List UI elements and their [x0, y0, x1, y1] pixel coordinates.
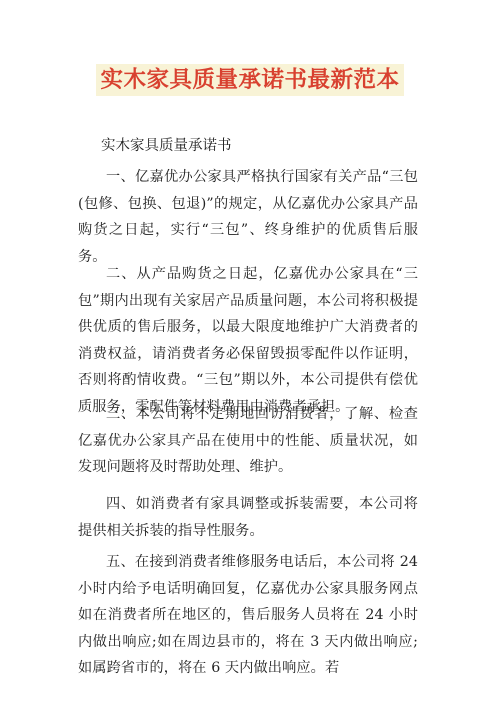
paragraph-3: 三、本公司将不定期地回访消费者，了解、检查亿嘉优办公家具产品在使用中的性能、质量…: [78, 401, 418, 481]
paragraph-4: 四、如消费者有家具调整或拆装需要，本公司将提供相关拆装的指导性服务。: [78, 491, 418, 544]
title-container: 实木家具质量承诺书最新范本: [0, 64, 500, 96]
paragraph-2: 二、从产品购货之日起，亿嘉优办公家具在“三包”期内出现有关家居产品质量问题，本公…: [78, 261, 418, 421]
document-title: 实木家具质量承诺书最新范本: [96, 64, 403, 96]
paragraph-5: 五、在接到消费者维修服务电话后，本公司将 24 小时内给予电话明确回复，亿嘉优办…: [78, 549, 418, 682]
document-subtitle: 实木家具质量承诺书: [101, 136, 232, 156]
paragraph-1: 一、亿嘉优办公家具严格执行国家有关产品“三包(包修、包换、包退)”的规定，从亿嘉…: [78, 164, 418, 270]
